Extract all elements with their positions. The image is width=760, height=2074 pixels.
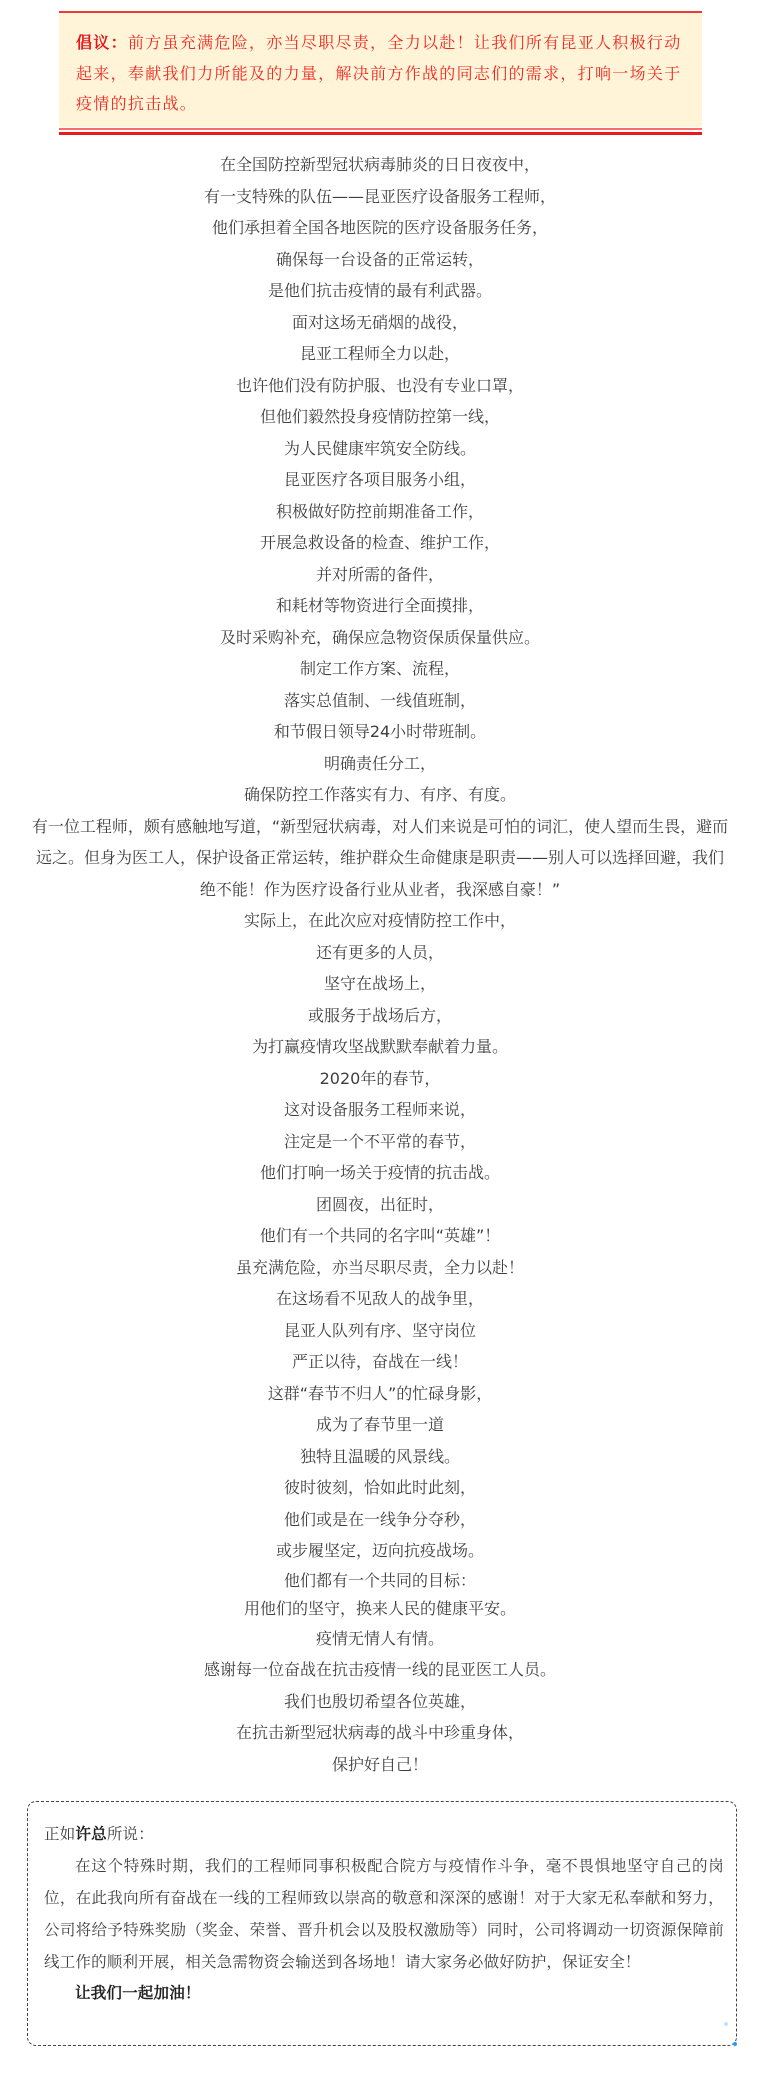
poem-line: 但他们毅然投身疫情防控第一线， xyxy=(0,401,760,433)
poem-line: 还有更多的人员， xyxy=(0,937,760,969)
poem-line: 他们都有一个共同的目标： xyxy=(0,1567,760,1595)
poem-line: 注定是一个不平常的春节， xyxy=(0,1126,760,1158)
poem-line: 这群“春节不归人”的忙碌身影， xyxy=(0,1378,760,1410)
poem-line: 用他们的坚守，换来人民的健康平安。 xyxy=(0,1595,760,1623)
proposal-label: 倡议： xyxy=(76,33,128,52)
poem-line: 虽充满危险，亦当尽职尽责，全力以赴！ xyxy=(0,1252,760,1284)
poem-line: 在这场看不见敌人的战争里， xyxy=(0,1283,760,1315)
decorative-dot xyxy=(724,2022,728,2026)
proposal-body: 前方虽充满危险，亦当尽职尽责，全力以赴！让我们所有昆亚人积极行动起来，奉献我们力… xyxy=(76,33,682,113)
poem-line: 他们承担着全国各地医院的医疗设备服务任务， xyxy=(0,212,760,244)
poem-line: 疫情无情人有情。 xyxy=(0,1623,760,1655)
proposal-divider-dark xyxy=(59,132,702,135)
quote-intro: 正如许总所说： xyxy=(44,1818,724,1850)
poem-line: 和耗材等物资进行全面摸排， xyxy=(0,590,760,622)
poem-line: 独特且温暖的风景线。 xyxy=(0,1441,760,1473)
quote-cheer: 让我们一起加油！ xyxy=(44,1978,724,2008)
poem-lines-b: 实际上，在此次应对疫情防控工作中，还有更多的人员，坚守在战场上，或服务于战场后方… xyxy=(0,905,760,1567)
poem-line: 2020年的春节， xyxy=(0,1063,760,1095)
poem-line: 或步履坚定，迈向抗疫战场。 xyxy=(0,1535,760,1567)
engineer-quote: 有一位工程师，颇有感触地写道，“新型冠状病毒，对人们来说是可怕的词汇，使人望而生… xyxy=(0,811,760,906)
poem-line: 他们有一个共同的名字叫“英雄”！ xyxy=(0,1220,760,1252)
poem-line: 也许他们没有防护服、也没有专业口罩， xyxy=(0,370,760,402)
poem-line: 昆亚人队列有序、坚守岗位 xyxy=(0,1315,760,1347)
poem-line: 彼时彼刻，恰如此时此刻， xyxy=(0,1472,760,1504)
poem-line: 和节假日领导24小时带班制。 xyxy=(0,716,760,748)
poem-line: 他们打响一场关于疫情的抗击战。 xyxy=(0,1157,760,1189)
poem-line: 坚守在战场上， xyxy=(0,968,760,1000)
poem-line: 明确责任分工， xyxy=(0,748,760,780)
poem-line: 有一支特殊的队伍——昆亚医疗设备服务工程师， xyxy=(0,181,760,213)
poem-line: 或服务于战场后方， xyxy=(0,1000,760,1032)
poem-line: 在全国防控新型冠状病毒肺炎的日日夜夜中， xyxy=(0,149,760,181)
poem-line: 并对所需的备件， xyxy=(0,559,760,591)
president-quote: 正如许总所说： 在这个特殊时期，我们的工程师同事积极配合院方与疫情作斗争，毫不畏… xyxy=(44,1818,724,2008)
poem-line: 昆亚工程师全力以赴， xyxy=(0,338,760,370)
quote-intro-prefix: 正如 xyxy=(44,1825,75,1843)
poem-line: 确保每一台设备的正常运转， xyxy=(0,244,760,276)
poem-lines-a: 在全国防控新型冠状病毒肺炎的日日夜夜中，有一支特殊的队伍——昆亚医疗设备服务工程… xyxy=(0,149,760,811)
poem-line: 开展急救设备的检查、维护工作， xyxy=(0,527,760,559)
poem-line: 及时采购补充，确保应急物资保质保量供应。 xyxy=(0,622,760,654)
poem-line: 实际上，在此次应对疫情防控工作中， xyxy=(0,905,760,937)
proposal-divider-light xyxy=(59,128,702,130)
poem-line: 团圆夜，出征时， xyxy=(0,1189,760,1221)
poem-section: 在全国防控新型冠状病毒肺炎的日日夜夜中，有一支特殊的队伍——昆亚医疗设备服务工程… xyxy=(0,149,760,1780)
poem-line: 落实总值制、一线值班制， xyxy=(0,685,760,717)
poem-line: 严正以待，奋战在一线！ xyxy=(0,1346,760,1378)
poem-lines-c: 他们都有一个共同的目标：用他们的坚守，换来人民的健康平安。 xyxy=(0,1567,760,1623)
poem-line: 确保防控工作落实有力、有序、有度。 xyxy=(0,779,760,811)
poem-line: 是他们抗击疫情的最有利武器。 xyxy=(0,275,760,307)
poem-lines-d: 疫情无情人有情。感谢每一位奋战在抗击疫情一线的昆亚医工人员。我们也殷切希望各位英… xyxy=(0,1623,760,1781)
quote-body: 在这个特殊时期，我们的工程师同事积极配合院方与疫情作斗争，毫不畏惧地坚守自己的岗… xyxy=(44,1850,724,1978)
poem-line: 我们也殷切希望各位英雄， xyxy=(0,1686,760,1718)
poem-line: 昆亚医疗各项目服务小组， xyxy=(0,464,760,496)
poem-line: 成为了春节里一道 xyxy=(0,1409,760,1441)
decorative-dot xyxy=(733,2042,737,2046)
poem-line: 这对设备服务工程师来说， xyxy=(0,1094,760,1126)
quote-speaker-name: 许总 xyxy=(75,1825,106,1843)
proposal-text: 倡议：前方虽充满危险，亦当尽职尽责，全力以赴！让我们所有昆亚人积极行动起来，奉献… xyxy=(76,28,688,120)
poem-line: 保护好自己！ xyxy=(0,1749,760,1781)
poem-line: 他们或是在一线争分夺秒， xyxy=(0,1504,760,1536)
poem-line: 面对这场无硝烟的战役， xyxy=(0,307,760,339)
poem-line: 积极做好防控前期准备工作， xyxy=(0,496,760,528)
poem-line: 感谢每一位奋战在抗击疫情一线的昆亚医工人员。 xyxy=(0,1654,760,1686)
quote-intro-suffix: 所说： xyxy=(107,1825,154,1843)
poem-line: 为人民健康牢筑安全防线。 xyxy=(0,433,760,465)
poem-line: 为打赢疫情攻坚战默默奉献着力量。 xyxy=(0,1031,760,1063)
poem-line: 在抗击新型冠状病毒的战斗中珍重身体， xyxy=(0,1717,760,1749)
poem-line: 制定工作方案、流程， xyxy=(0,653,760,685)
